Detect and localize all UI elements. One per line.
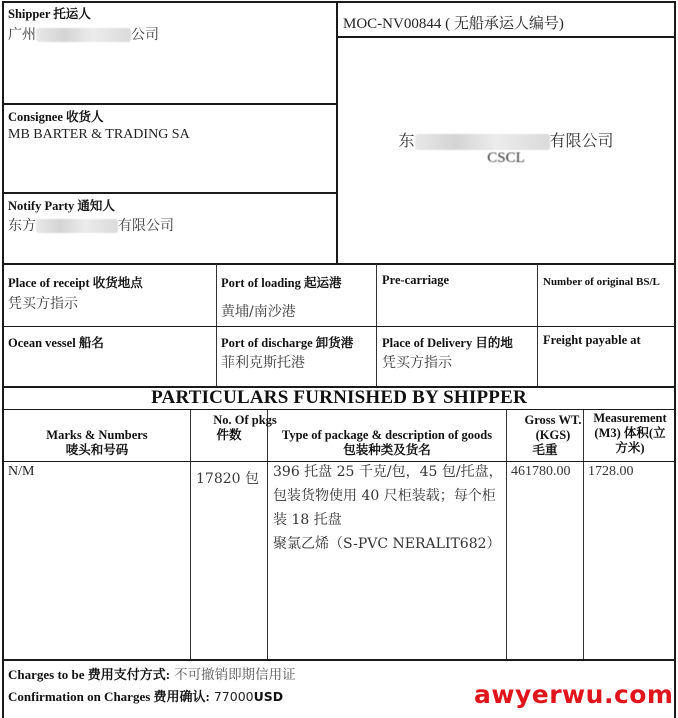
shipper-value-prefix: 广州 [8, 27, 36, 43]
description-line: 装 18 托盘 [273, 508, 505, 532]
packages-cell: 17820 包 [196, 468, 266, 488]
carrier-name-prefix: 东 [398, 131, 414, 150]
column-header-marks-en: Marks & Numbers [4, 428, 190, 443]
description-line: 包装货物使用 40 尺柜装载；每个柜 [273, 484, 505, 508]
column-header-marks-cn: 唛头和号码 [4, 443, 190, 458]
place-of-delivery-cell: Place of Delivery 目的地 凭买方指示 [382, 333, 534, 372]
number-of-original-bl-cell: Number of original BS/L [543, 276, 673, 288]
description-cell: 396 托盘 25 千克/包，45 包/托盘，包装货物使用 40 尺柜装载；每个… [273, 460, 505, 556]
ocean-vessel-cell: Ocean vessel 船名 [8, 333, 213, 351]
column-header-gross-weight: Gross WT.(KGS) 毛重 [507, 413, 583, 458]
port-of-discharge-cell: Port of discharge 卸货港 菲利克斯托港 [221, 333, 373, 372]
description-line: 聚氯乙烯（S-PVC NERALIT682） [273, 532, 505, 556]
place-of-delivery-value: 凭买方指示 [382, 352, 534, 372]
carrier-section: 东有限公司 CSCL [338, 128, 674, 167]
confirmation-currency: USD [254, 689, 284, 704]
port-of-discharge-label: Port of discharge 卸货港 [221, 333, 373, 351]
carrier-name: 东有限公司 [338, 128, 674, 151]
charges-label: Charges to be 费用支付方式: [8, 667, 170, 682]
place-of-receipt-label: Place of receipt 收货地点 [8, 273, 213, 291]
column-header-packages-cn: 件数 [191, 428, 267, 443]
redacted-text [415, 134, 550, 150]
redacted-text [36, 219, 118, 233]
shipper-section: Shipper 托运人 广州公司 [8, 4, 328, 44]
notify-party-value-suffix: 有限公司 [118, 218, 174, 234]
number-of-original-bl-label: Number of original BS/L [543, 276, 673, 288]
gross-weight-cell: 461780.00 [511, 464, 583, 480]
shipper-value: 广州公司 [8, 24, 328, 44]
carrier-name-suffix: 有限公司 [550, 131, 614, 150]
column-header-measurement-cn: 方米) [585, 441, 675, 456]
column-header-packages-en: No. Of pkgs [191, 413, 299, 428]
redacted-text [36, 28, 131, 42]
port-of-discharge-value: 菲利克斯托港 [221, 352, 373, 372]
column-header-description: Type of package & description of goods 包… [268, 428, 506, 458]
pre-carriage-label: Pre-carriage [382, 273, 534, 288]
consignee-value: MB BARTER & TRADING SA [8, 127, 328, 143]
notify-party-section: Notify Party 通知人 东方有限公司 [8, 196, 328, 235]
description-line: 396 托盘 25 千克/包，45 包/托盘， [273, 460, 505, 484]
freight-payable-at-label: Freight payable at [543, 333, 673, 348]
ocean-vessel-label: Ocean vessel 船名 [8, 333, 213, 351]
port-of-loading-cell: Port of loading 起运港 黄埔/南沙港 [221, 273, 373, 321]
consignee-section: Consignee 收货人 MB BARTER & TRADING SA [8, 107, 328, 143]
shipper-value-suffix: 公司 [131, 27, 159, 43]
consignee-label: Consignee 收货人 [8, 107, 328, 125]
column-header-description-en: Type of package & description of goods [268, 428, 506, 443]
notify-party-value: 东方有限公司 [8, 215, 328, 235]
watermark: awyerwu.com [474, 680, 673, 709]
column-header-measurement-en: Measurement (M3) 体积(立 [585, 411, 675, 441]
confirmation-label: Confirmation on Charges 费用确认: [8, 689, 210, 704]
column-header-gross-weight-cn: 毛重 [507, 443, 583, 458]
place-of-receipt-value: 凭买方指示 [8, 293, 213, 313]
column-header-marks: Marks & Numbers 唛头和号码 [4, 428, 190, 458]
measurement-cell: 1728.00 [588, 464, 673, 480]
pre-carriage-cell: Pre-carriage [382, 273, 534, 288]
notify-party-label: Notify Party 通知人 [8, 196, 328, 214]
port-of-loading-label: Port of loading 起运港 [221, 273, 373, 291]
column-header-packages: No. Of pkgs 件数 [191, 413, 267, 443]
port-of-loading-value: 黄埔/南沙港 [221, 301, 373, 321]
place-of-receipt-cell: Place of receipt 收货地点 凭买方指示 [8, 273, 213, 313]
confirmation-amount: 77000 [214, 689, 254, 704]
particulars-heading: PARTICULARS FURNISHED BY SHIPPER [2, 387, 676, 409]
freight-payable-at-cell: Freight payable at [543, 333, 673, 348]
column-header-measurement: Measurement (M3) 体积(立 方米) [585, 411, 675, 456]
column-header-description-cn: 包装种类及货名 [268, 443, 506, 458]
place-of-delivery-label: Place of Delivery 目的地 [382, 333, 534, 351]
carrier-code: CSCL [338, 150, 674, 167]
shipper-label: Shipper 托运人 [8, 4, 328, 22]
marks-cell: N/M [8, 464, 188, 480]
bl-number: MOC-NV00844 ( 无船承运人编号) [343, 12, 564, 33]
confirmation-line: Confirmation on Charges 费用确认: 77000USD [8, 686, 283, 706]
notify-party-value-prefix: 东方 [8, 218, 36, 234]
charges-value: 不可撤销即期信用证 [174, 667, 296, 683]
charges-line: Charges to be 费用支付方式: 不可撤销即期信用证 [8, 663, 296, 684]
